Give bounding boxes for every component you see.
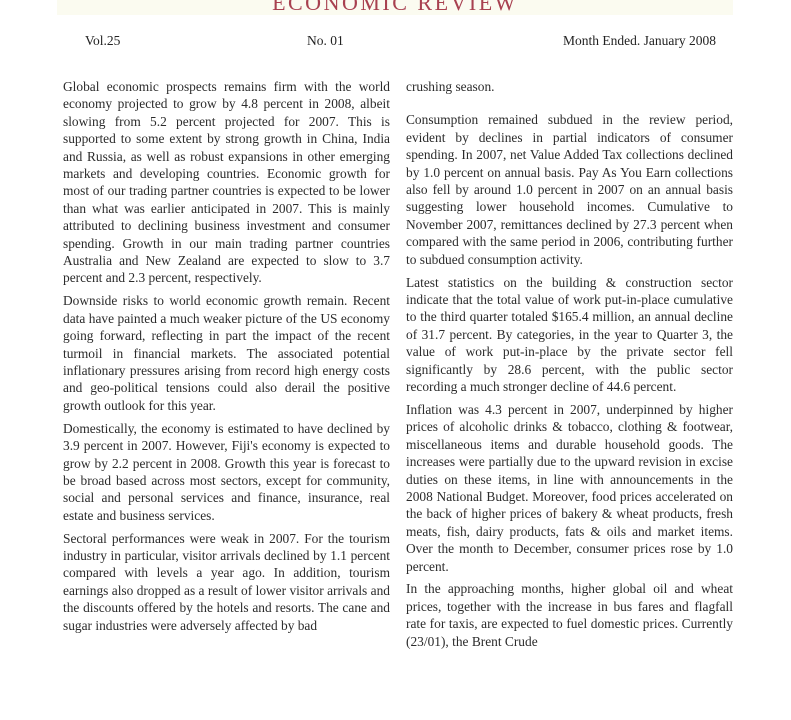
paragraph: Latest statistics on the building & cons…	[406, 274, 733, 396]
masthead-band: ECONOMIC REVIEW	[57, 0, 733, 15]
paragraph: Sectoral performances were weak in 2007.…	[63, 530, 390, 634]
volume-label: Vol.25	[85, 33, 120, 49]
date-label: Month Ended. January 2008	[563, 33, 716, 49]
paragraph: Downside risks to world economic growth …	[63, 292, 390, 414]
body-columns: Global economic prospects remains firm w…	[63, 78, 733, 656]
paragraph: Domestically, the economy is estimated t…	[63, 420, 390, 524]
paragraph: Inflation was 4.3 percent in 2007, under…	[406, 401, 733, 575]
paragraph: Global economic prospects remains firm w…	[63, 78, 390, 287]
document-page: ECONOMIC REVIEW Vol.25 No. 01 Month Ende…	[0, 0, 791, 720]
paragraph: crushing season.	[406, 78, 733, 95]
issue-number-label: No. 01	[307, 33, 344, 49]
paragraph: In the approaching months, higher global…	[406, 580, 733, 650]
publication-title: ECONOMIC REVIEW	[57, 0, 733, 14]
right-column: crushing season. Consumption remained su…	[406, 78, 733, 656]
paragraph: Consumption remained subdued in the revi…	[406, 111, 733, 268]
left-column: Global economic prospects remains firm w…	[63, 78, 390, 656]
